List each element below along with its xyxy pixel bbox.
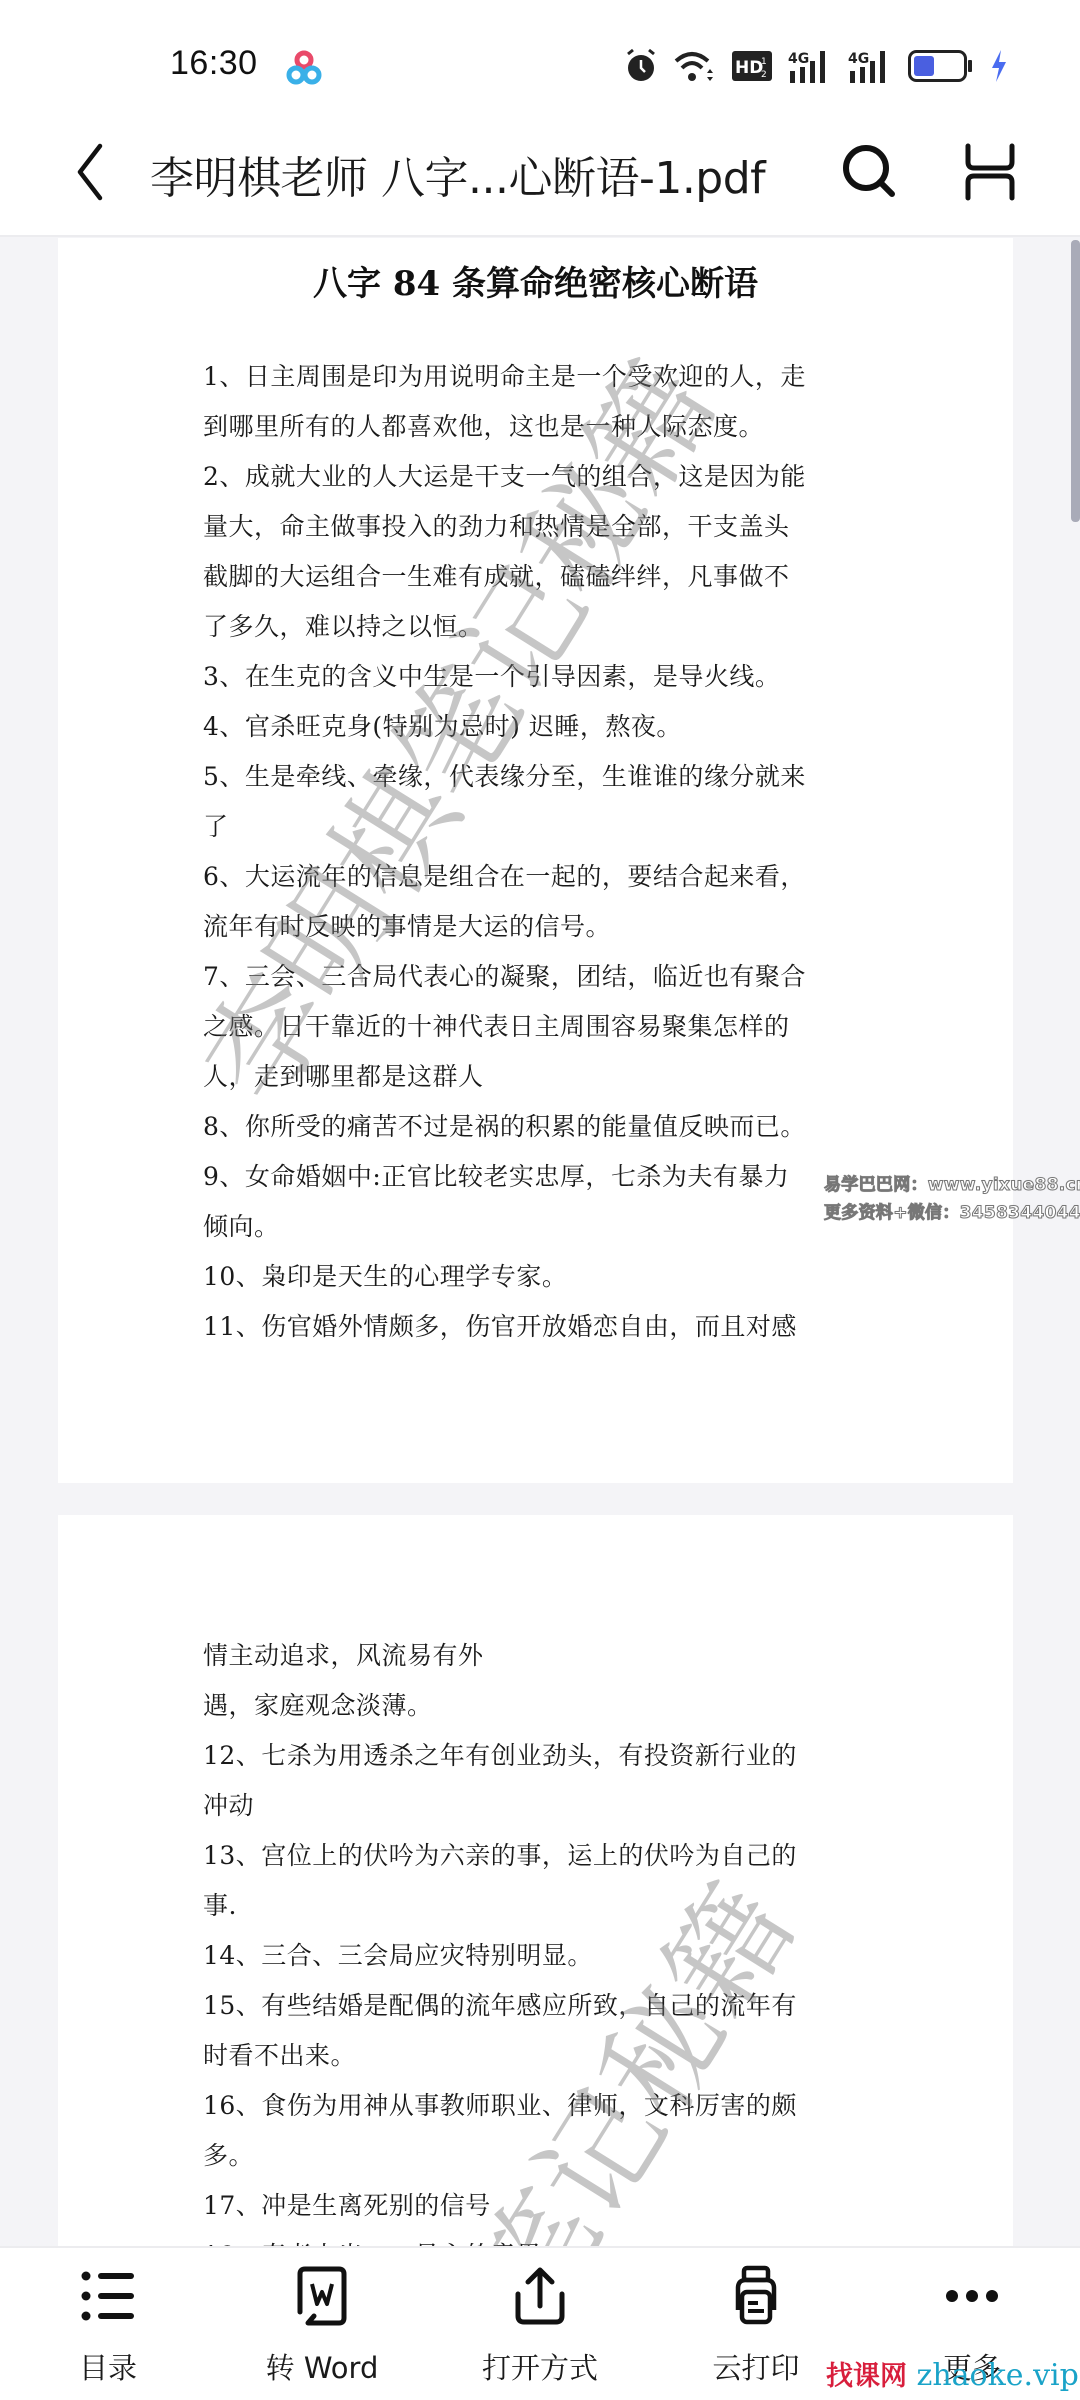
text-line: 人，走到哪里都是这群人 [203, 1060, 484, 1094]
text-line: 冲动 [203, 1789, 254, 1823]
status-bar: 16:30 HD 1 2 4G 4 [0, 0, 1080, 110]
text-line: 流年有时反映的事情是大运的信号。 [203, 910, 611, 944]
svg-text:4G: 4G [848, 51, 869, 67]
site-watermark-line2: 更多资料+微信：3458344044 [824, 1198, 1080, 1223]
app-header: 李明棋老师 八字...心断语-1.pdf [0, 110, 1080, 237]
pdf-page-1: 八字 84 条算命绝密核心断语 1、日主周围是印为用说明命主是一个受欢迎的人，走… [58, 238, 1013, 1483]
toolbar-item-to-word[interactable]: 转 Word [222, 2248, 422, 2400]
text-line: 之感。日干靠近的十神代表日主周围容易聚集怎样的 [203, 1010, 790, 1044]
status-time: 16:30 [170, 44, 258, 83]
text-line: 倾向。 [203, 1210, 280, 1244]
text-line: 情主动追求，风流易有外 [203, 1639, 484, 1673]
text-line: 了 [203, 810, 229, 844]
watermark: 笔记秘籍 [425, 1848, 825, 2246]
text-line: 4、官杀旺克身(特别为忌时) 迟睡，熬夜。 [203, 710, 682, 744]
text-line: 3、在生克的含义中生是一个引导因素，是导火线。 [203, 660, 780, 694]
brand-en: zhaoke.vip [917, 2358, 1079, 2393]
svg-text:1: 1 [761, 57, 767, 67]
toolbar-label: 转 Word [222, 2346, 422, 2387]
brand-cn: 找课网 [826, 2361, 907, 2392]
text-line: 遇，家庭观念淡薄。 [203, 1689, 433, 1723]
text-line: 10、枭印是天生的心理学专家。 [203, 1260, 567, 1294]
4g-signal-icon: 4G [788, 49, 832, 83]
hd-voice-icon: HD 1 2 [732, 51, 772, 81]
text-line: 到哪里所有的人都喜欢他，这也是一种人际态度。 [203, 410, 764, 444]
more-icon [940, 2264, 1004, 2328]
text-line: 18、春者上出，…是主的意思 [203, 2239, 542, 2246]
svg-text:4G: 4G [788, 51, 809, 67]
text-line: 了多久，难以持之以恒。 [203, 610, 484, 644]
text-line: 9、女命婚姻中:正官比较老实忠厚，七杀为夫有暴力 [203, 1160, 789, 1194]
text-line: 2、成就大业的人大运是干支一气的组合，这是因为能 [203, 460, 806, 494]
text-line: 5、生是牵线、牵缘，代表缘分至，生谁谁的缘分就来 [203, 760, 806, 794]
text-line: 8、你所受的痛苦不过是祸的积累的能量值反映而已。 [203, 1110, 806, 1144]
scrollbar-thumb[interactable] [1071, 240, 1080, 522]
text-line: 事. [203, 1889, 237, 1923]
status-icons: HD 1 2 4G 4G [624, 46, 1008, 86]
alarm-icon [624, 48, 658, 84]
text-line: 6、大运流年的信息是组合在一起的，要结合起来看， [203, 860, 806, 894]
text-line: 量大，命主做事投入的劲力和热情是全部，干支盖头 [203, 510, 790, 544]
svg-text:2: 2 [761, 70, 767, 80]
app-notification-icon [286, 48, 322, 88]
battery-icon [908, 50, 974, 82]
share-icon [508, 2264, 572, 2328]
text-line: 截脚的大运组合一生难有成就，磕磕绊绊，凡事做不 [203, 560, 790, 594]
expand-icon[interactable] [958, 140, 1022, 204]
text-line: 16、食伤为用神从事教师职业、律师，文科厉害的颇 [203, 2089, 797, 2123]
brand-watermark: 找课网 zhaoke.vip [826, 2354, 1079, 2393]
text-line: 11、伤官婚外情颇多，伤官开放婚恋自由，而且对感 [203, 1310, 797, 1344]
text-line: 7、三会、三合局代表心的凝聚，团结，临近也有聚合 [203, 960, 806, 994]
printer-icon [724, 2264, 788, 2328]
toolbar-label: 打开方式 [440, 2346, 640, 2387]
list-icon [76, 2264, 140, 2328]
text-line: 1、日主周围是印为用说明命主是一个受欢迎的人，走 [203, 360, 806, 394]
charging-icon [990, 49, 1008, 83]
site-watermark-line1: 易学巴巴网：www.yixue88.cn [824, 1170, 1080, 1195]
pdf-heading: 八字 84 条算命绝密核心断语 [58, 256, 1013, 305]
svg-text:HD: HD [735, 58, 763, 78]
text-line: 14、三合、三会局应灾特别明显。 [203, 1939, 593, 1973]
chevron-left-icon[interactable] [66, 140, 116, 204]
text-line: 多。 [203, 2139, 254, 2173]
wifi-icon [674, 49, 716, 83]
text-line: 时看不出来。 [203, 2039, 356, 2073]
text-line: 12、七杀为用透杀之年有创业劲头，有投资新行业的 [203, 1739, 797, 1773]
search-icon[interactable] [838, 140, 902, 204]
toolbar-label: 目录 [8, 2346, 208, 2387]
text-line: 17、冲是生离死别的信号 [203, 2189, 491, 2223]
word-convert-icon [290, 2264, 354, 2328]
4g-signal-icon: 4G [848, 49, 892, 83]
toolbar-item-contents[interactable]: 目录 [8, 2248, 208, 2400]
pdf-page-2: 情主动追求，风流易有外 遇，家庭观念淡薄。 12、七杀为用透杀之年有创业劲头，有… [58, 1515, 1013, 2246]
pdf-viewer[interactable]: 八字 84 条算命绝密核心断语 1、日主周围是印为用说明命主是一个受欢迎的人，走… [0, 238, 1080, 2246]
text-line: 15、有些结婚是配偶的流年感应所致，自己的流年有 [203, 1989, 797, 2023]
document-title: 李明棋老师 八字...心断语-1.pdf [150, 142, 765, 206]
text-line: 13、宫位上的伏吟为六亲的事，运上的伏吟为自己的 [203, 1839, 797, 1873]
toolbar-item-open-with[interactable]: 打开方式 [440, 2248, 640, 2400]
